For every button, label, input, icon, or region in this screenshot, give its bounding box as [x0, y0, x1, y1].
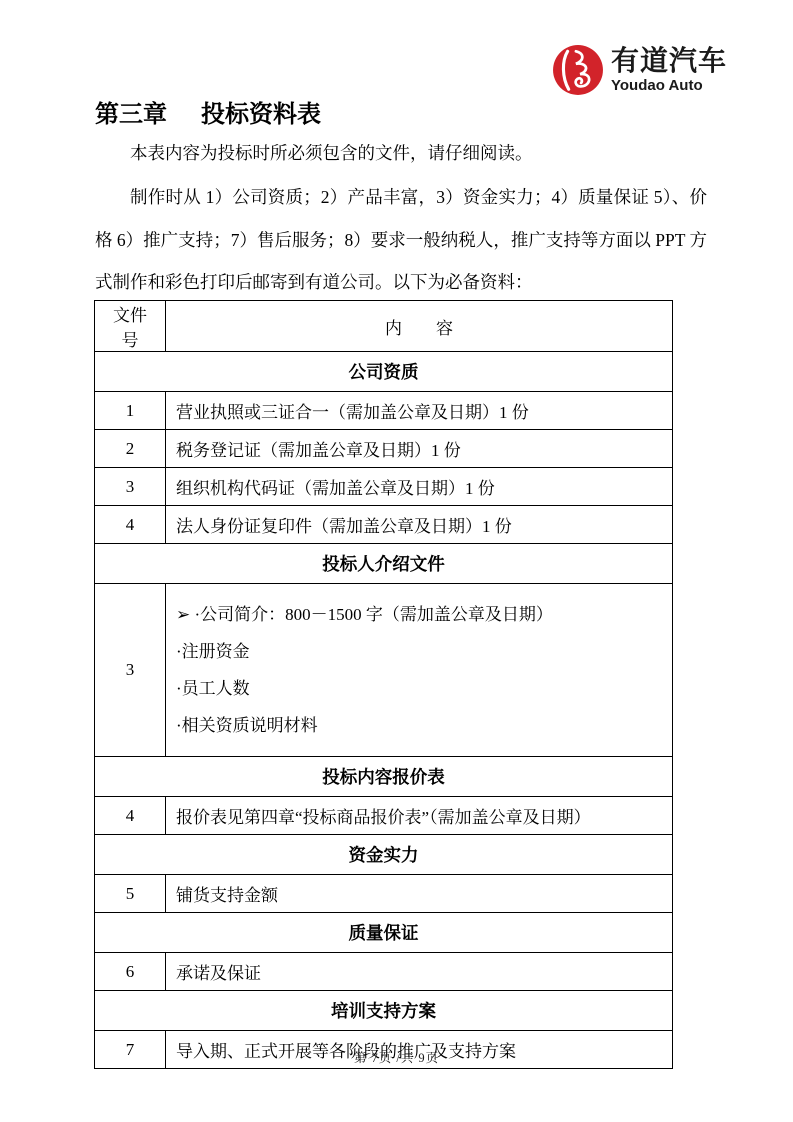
- file-number-cell: 2: [95, 430, 166, 468]
- chapter-number: 第三章: [95, 101, 167, 128]
- table-section-row: 公司资质: [95, 352, 673, 392]
- table-item-row: 6承诺及保证: [95, 953, 673, 991]
- page-title: 第三章投标资料表: [95, 94, 321, 129]
- file-number-cell: 4: [95, 797, 166, 835]
- document-page: 有道汽车 Youdao Auto 第三章投标资料表 本表内容为投标时所必须包含的…: [0, 0, 793, 1122]
- content-cell: 铺货支持金额: [166, 875, 673, 913]
- table-item-row: 4法人身份证复印件（需加盖公章及日期）1 份: [95, 506, 673, 544]
- table-section-row: 资金实力: [95, 835, 673, 875]
- section-label: 培训支持方案: [95, 991, 673, 1031]
- content-cell: 法人身份证复印件（需加盖公章及日期）1 份: [166, 506, 673, 544]
- column-header-file-no: 文件号: [95, 301, 166, 352]
- logo-en-label: Youdao Auto: [611, 78, 727, 93]
- table-item-row: 3组织机构代码证（需加盖公章及日期）1 份: [95, 468, 673, 506]
- logo-cn-label: 有道汽车: [611, 47, 727, 75]
- section-label: 公司资质: [95, 352, 673, 392]
- content-cell: 营业执照或三证合一（需加盖公章及日期）1 份: [166, 392, 673, 430]
- section-label: 质量保证: [95, 913, 673, 953]
- content-cell: ➢ ·公司简介：800－1500 字（需加盖公章及日期）·注册资金·员工人数·相…: [166, 584, 673, 757]
- content-cell: 税务登记证（需加盖公章及日期）1 份: [166, 430, 673, 468]
- bid-documents-table: 文件号 内 容 公司资质1营业执照或三证合一（需加盖公章及日期）1 份2税务登记…: [94, 300, 673, 1069]
- table-section-row: 培训支持方案: [95, 991, 673, 1031]
- table-section-row: 投标内容报价表: [95, 757, 673, 797]
- content-line: ·相关资质说明材料: [176, 707, 662, 744]
- intro-paragraph: 本表内容为投标时所必须包含的文件，请仔细阅读。: [95, 140, 705, 166]
- file-number-cell: 5: [95, 875, 166, 913]
- content-cell: 组织机构代码证（需加盖公章及日期）1 份: [166, 468, 673, 506]
- table-item-row: 3➢ ·公司简介：800－1500 字（需加盖公章及日期）·注册资金·员工人数·…: [95, 584, 673, 757]
- table-section-row: 质量保证: [95, 913, 673, 953]
- content-line: ·注册资金: [176, 633, 662, 670]
- table-section-row: 投标人介绍文件: [95, 544, 673, 584]
- section-label: 资金实力: [95, 835, 673, 875]
- column-header-content: 内 容: [166, 301, 673, 352]
- youdao-logo-icon: [552, 44, 604, 96]
- content-line: ➢ ·公司简介：800－1500 字（需加盖公章及日期）: [176, 596, 662, 633]
- table-item-row: 5铺货支持金额: [95, 875, 673, 913]
- table-header-row: 文件号 内 容: [95, 301, 673, 352]
- section-label: 投标内容报价表: [95, 757, 673, 797]
- content-cell: 承诺及保证: [166, 953, 673, 991]
- page-number-footer: 第 7页 /共 9页: [0, 1048, 793, 1066]
- chapter-title: 投标资料表: [201, 101, 321, 128]
- table-item-row: 2税务登记证（需加盖公章及日期）1 份: [95, 430, 673, 468]
- company-logo: 有道汽车 Youdao Auto: [552, 44, 727, 96]
- instructions-paragraph: 制作时从 1）公司资质；2）产品丰富，3）资金实力；4）质量保证 5）、价格 6…: [95, 176, 707, 304]
- table-item-row: 4报价表见第四章“投标商品报价表”（需加盖公章及日期）: [95, 797, 673, 835]
- file-number-cell: 4: [95, 506, 166, 544]
- file-number-cell: 3: [95, 584, 166, 757]
- file-number-cell: 1: [95, 392, 166, 430]
- section-label: 投标人介绍文件: [95, 544, 673, 584]
- file-number-cell: 3: [95, 468, 166, 506]
- content-cell: 报价表见第四章“投标商品报价表”（需加盖公章及日期）: [166, 797, 673, 835]
- content-line: ·员工人数: [176, 670, 662, 707]
- file-number-cell: 6: [95, 953, 166, 991]
- table-item-row: 1营业执照或三证合一（需加盖公章及日期）1 份: [95, 392, 673, 430]
- logo-text: 有道汽车 Youdao Auto: [611, 47, 727, 93]
